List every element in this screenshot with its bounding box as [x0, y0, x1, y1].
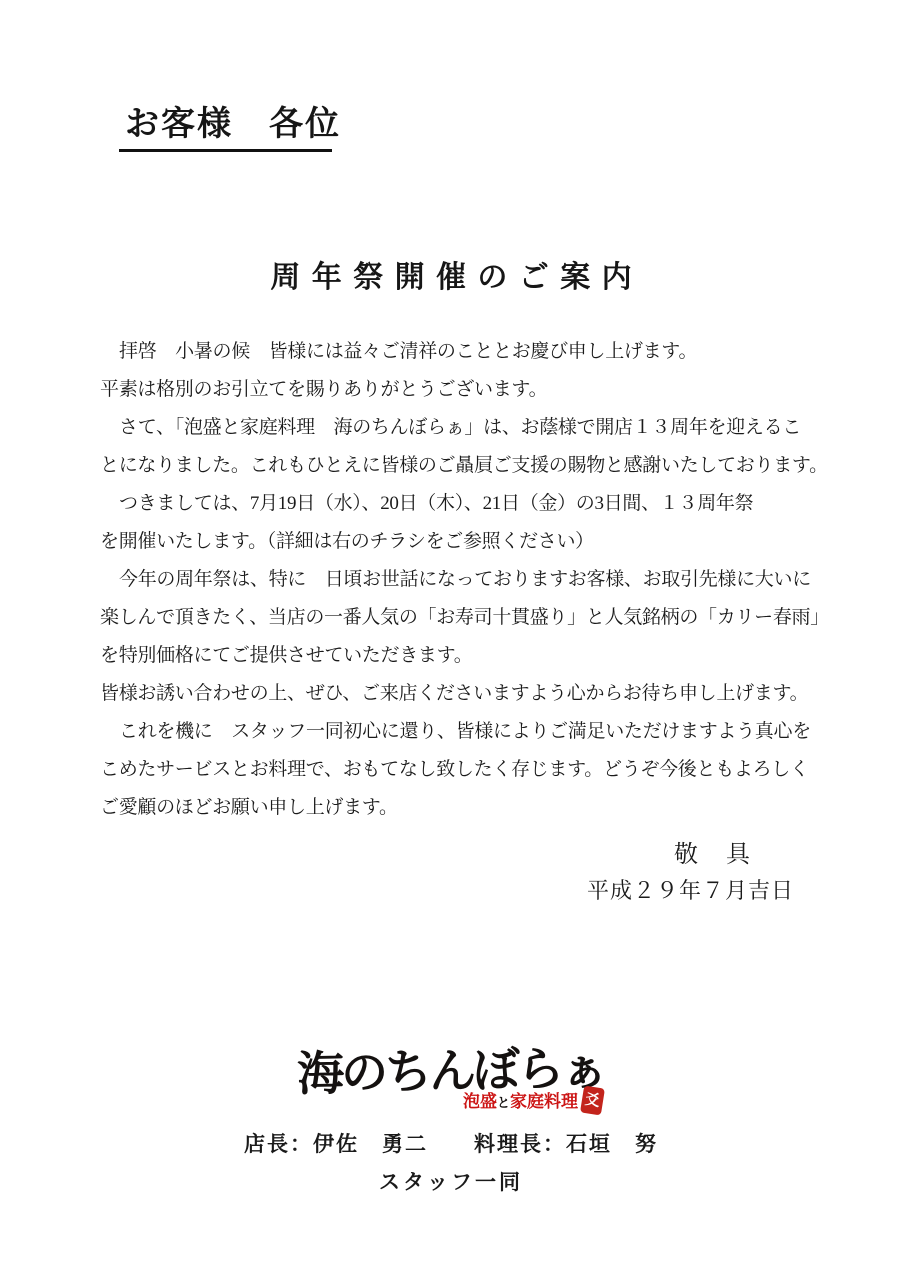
- body-line: 皆様お誘い合わせの上、ぜひ、ご来店くださいますよう心からお待ち申し上げます。: [100, 675, 840, 713]
- body-line: を特別価格にてご提供させていただきます。: [100, 637, 840, 675]
- letter-page: お客様 各位 周年祭開催のご案内 拝啓 小暑の候 皆様には益々ご清祥のこととお慶…: [0, 0, 902, 1280]
- recipient-underline: [119, 149, 332, 152]
- body-line: 拝啓 小暑の候 皆様には益々ご清祥のこととお慶び申し上げます。: [100, 333, 840, 371]
- body-line: 楽しんで頂きたく、当店の一番人気の「お寿司十貫盛り」と人気銘柄の「カリー春雨」: [100, 599, 840, 637]
- restaurant-logo-inner: 海のちんぼらぁ 泡盛と家庭料理爻: [297, 1034, 605, 1117]
- body-line: つきましては、7月19日（水）、20日（木）、21日（金）の3日間、１３周年祭: [100, 485, 840, 523]
- body-line: ご愛顧のほどお願い申し上げます。: [100, 789, 840, 827]
- body-line: とになりました。これもひとえに皆様のご贔屓ご支援の賜物と感謝いたしております。: [100, 447, 840, 485]
- body-line: を開催いたします。（詳細は右のチラシをご参照ください）: [100, 523, 840, 561]
- body-line: さて、「泡盛と家庭料理 海のちんぼらぁ」は、お蔭様で開店１３周年を迎えるこ: [100, 409, 840, 447]
- body-line: こめたサービスとお料理で、おもてなし致したく存じます。どうぞ今後ともよろしく: [100, 751, 840, 789]
- signature-staff: スタッフ一同: [0, 1166, 902, 1196]
- hanko-seal-icon: 爻: [580, 1085, 605, 1115]
- restaurant-logo: 海のちんぼらぁ 泡盛と家庭料理爻: [0, 1034, 902, 1117]
- recipient-heading: お客様 各位: [125, 96, 341, 145]
- body-line: これを機に スタッフ一同初心に還り、皆様によりご満足いただけますよう真心を: [100, 713, 840, 751]
- logo-calligraphy-text: 海のちんぼらぁ: [296, 1031, 605, 1104]
- body-line: 平素は格別のお引立てを賜りありがとうございます。: [100, 371, 840, 409]
- closing-keigu: 敬 具: [674, 834, 752, 869]
- signature-managers: 店長：伊佐 勇二 料理長：石垣 努: [0, 1128, 902, 1158]
- closing-date: 平成２９年７月吉日: [587, 874, 794, 905]
- body-paragraphs: 拝啓 小暑の候 皆様には益々ご清祥のこととお慶び申し上げます。平素は格別のお引立…: [100, 333, 840, 827]
- page-title: 周年祭開催のご案内: [0, 252, 902, 296]
- body-line: 今年の周年祭は、特に 日頃お世話になっておりますお客様、お取引先様に大いに: [100, 561, 840, 599]
